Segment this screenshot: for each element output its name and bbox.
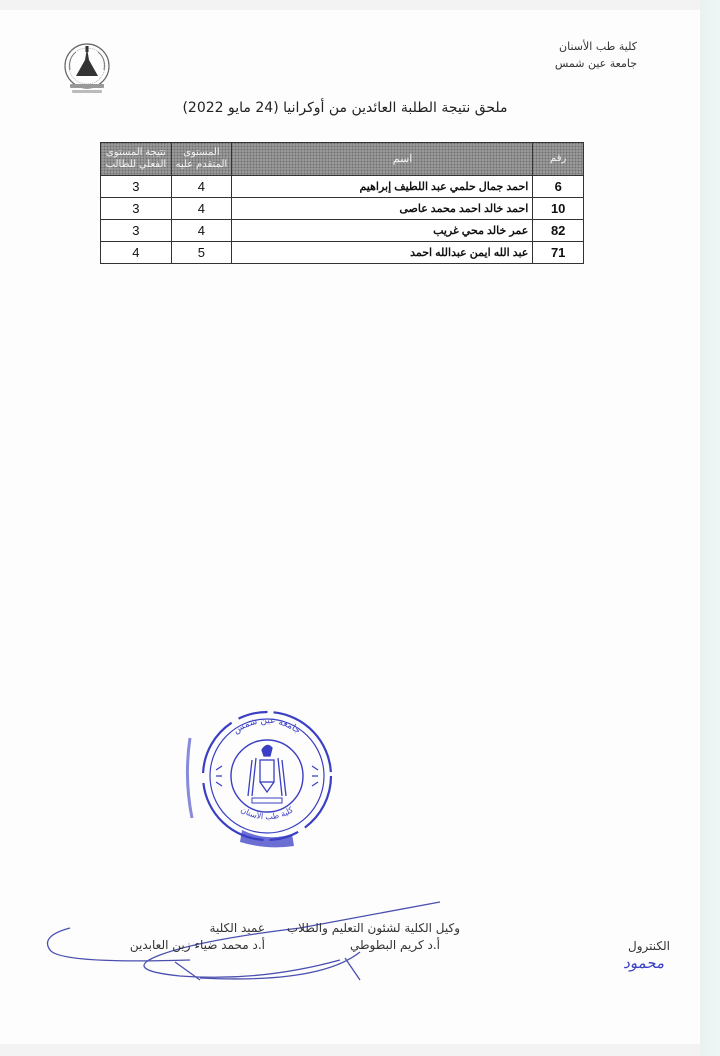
table-row: 10 احمد خالد احمد محمد عاصى 4 3 (101, 198, 584, 220)
table-row: 71 عبد الله ايمن عبدالله احمد 5 4 (101, 242, 584, 264)
control-signature: الكنترول محمود (560, 938, 670, 972)
cell-actual-result: 3 (101, 220, 172, 242)
cell-number: 82 (533, 220, 584, 242)
dean-signature: عميد الكلية أ.د محمد ضياء زين العابدين (40, 920, 265, 954)
eagle-emblem-icon (248, 745, 286, 803)
dean-name: أ.د محمد ضياء زين العابدين (40, 937, 265, 954)
cell-name: احمد خالد احمد محمد عاصى (232, 198, 533, 220)
header-level-applied: المستوى المتقدم عليه (171, 143, 231, 176)
dean-title: عميد الكلية (40, 920, 265, 937)
cell-number: 10 (533, 198, 584, 220)
cell-level-applied: 4 (171, 198, 231, 220)
university-name: جامعة عين شمس (555, 55, 637, 72)
vice-dean-signature: وكيل الكلية لشئون التعليم والطلاب أ.د كر… (265, 920, 460, 954)
cell-level-applied: 4 (171, 220, 231, 242)
faculty-name: كلية طب الأسنان (555, 38, 637, 55)
scan-edge (700, 0, 720, 1056)
cell-number: 6 (533, 176, 584, 198)
header-number: رقم (533, 143, 584, 176)
svg-text:كلية طب الأسنان: كلية طب الأسنان (239, 805, 295, 821)
stamp-outer-text: جامعة عين شمس (232, 716, 302, 736)
cell-actual-result: 4 (101, 242, 172, 264)
cell-level-applied: 4 (171, 176, 231, 198)
cell-actual-result: 3 (101, 176, 172, 198)
university-crest-icon (58, 40, 116, 98)
cell-name: عمر خالد محي غريب (232, 220, 533, 242)
header-actual-result: نتيجة المستوى الفعلي للطالب (101, 143, 172, 176)
results-table: رقم اسم المستوى المتقدم عليه نتيجة المست… (100, 142, 584, 264)
faculty-header: كلية طب الأسنان جامعة عين شمس (555, 38, 637, 72)
header-name: اسم (232, 143, 533, 176)
official-stamp: جامعة عين شمس كلية طب الأسنان (182, 698, 352, 858)
svg-text:جامعة عين شمس: جامعة عين شمس (232, 716, 302, 736)
table-row: 6 احمد جمال حلمي عبد اللطيف إبراهيم 4 3 (101, 176, 584, 198)
cell-name: احمد جمال حلمي عبد اللطيف إبراهيم (232, 176, 533, 198)
vice-dean-title: وكيل الكلية لشئون التعليم والطلاب (265, 920, 460, 937)
control-title: الكنترول (560, 938, 670, 955)
cell-actual-result: 3 (101, 198, 172, 220)
table-row: 82 عمر خالد محي غريب 4 3 (101, 220, 584, 242)
cell-level-applied: 5 (171, 242, 231, 264)
document-title: ملحق نتيجة الطلبة العائدين من أوكرانيا (… (180, 100, 510, 116)
vice-dean-name: أ.د كريم البطوطي (265, 937, 460, 954)
stamp-inner-text: كلية طب الأسنان (239, 805, 295, 821)
table-header-row: رقم اسم المستوى المتقدم عليه نتيجة المست… (101, 143, 584, 176)
cell-number: 71 (533, 242, 584, 264)
control-handwritten-name: محمود (560, 955, 670, 972)
cell-name: عبد الله ايمن عبدالله احمد (232, 242, 533, 264)
